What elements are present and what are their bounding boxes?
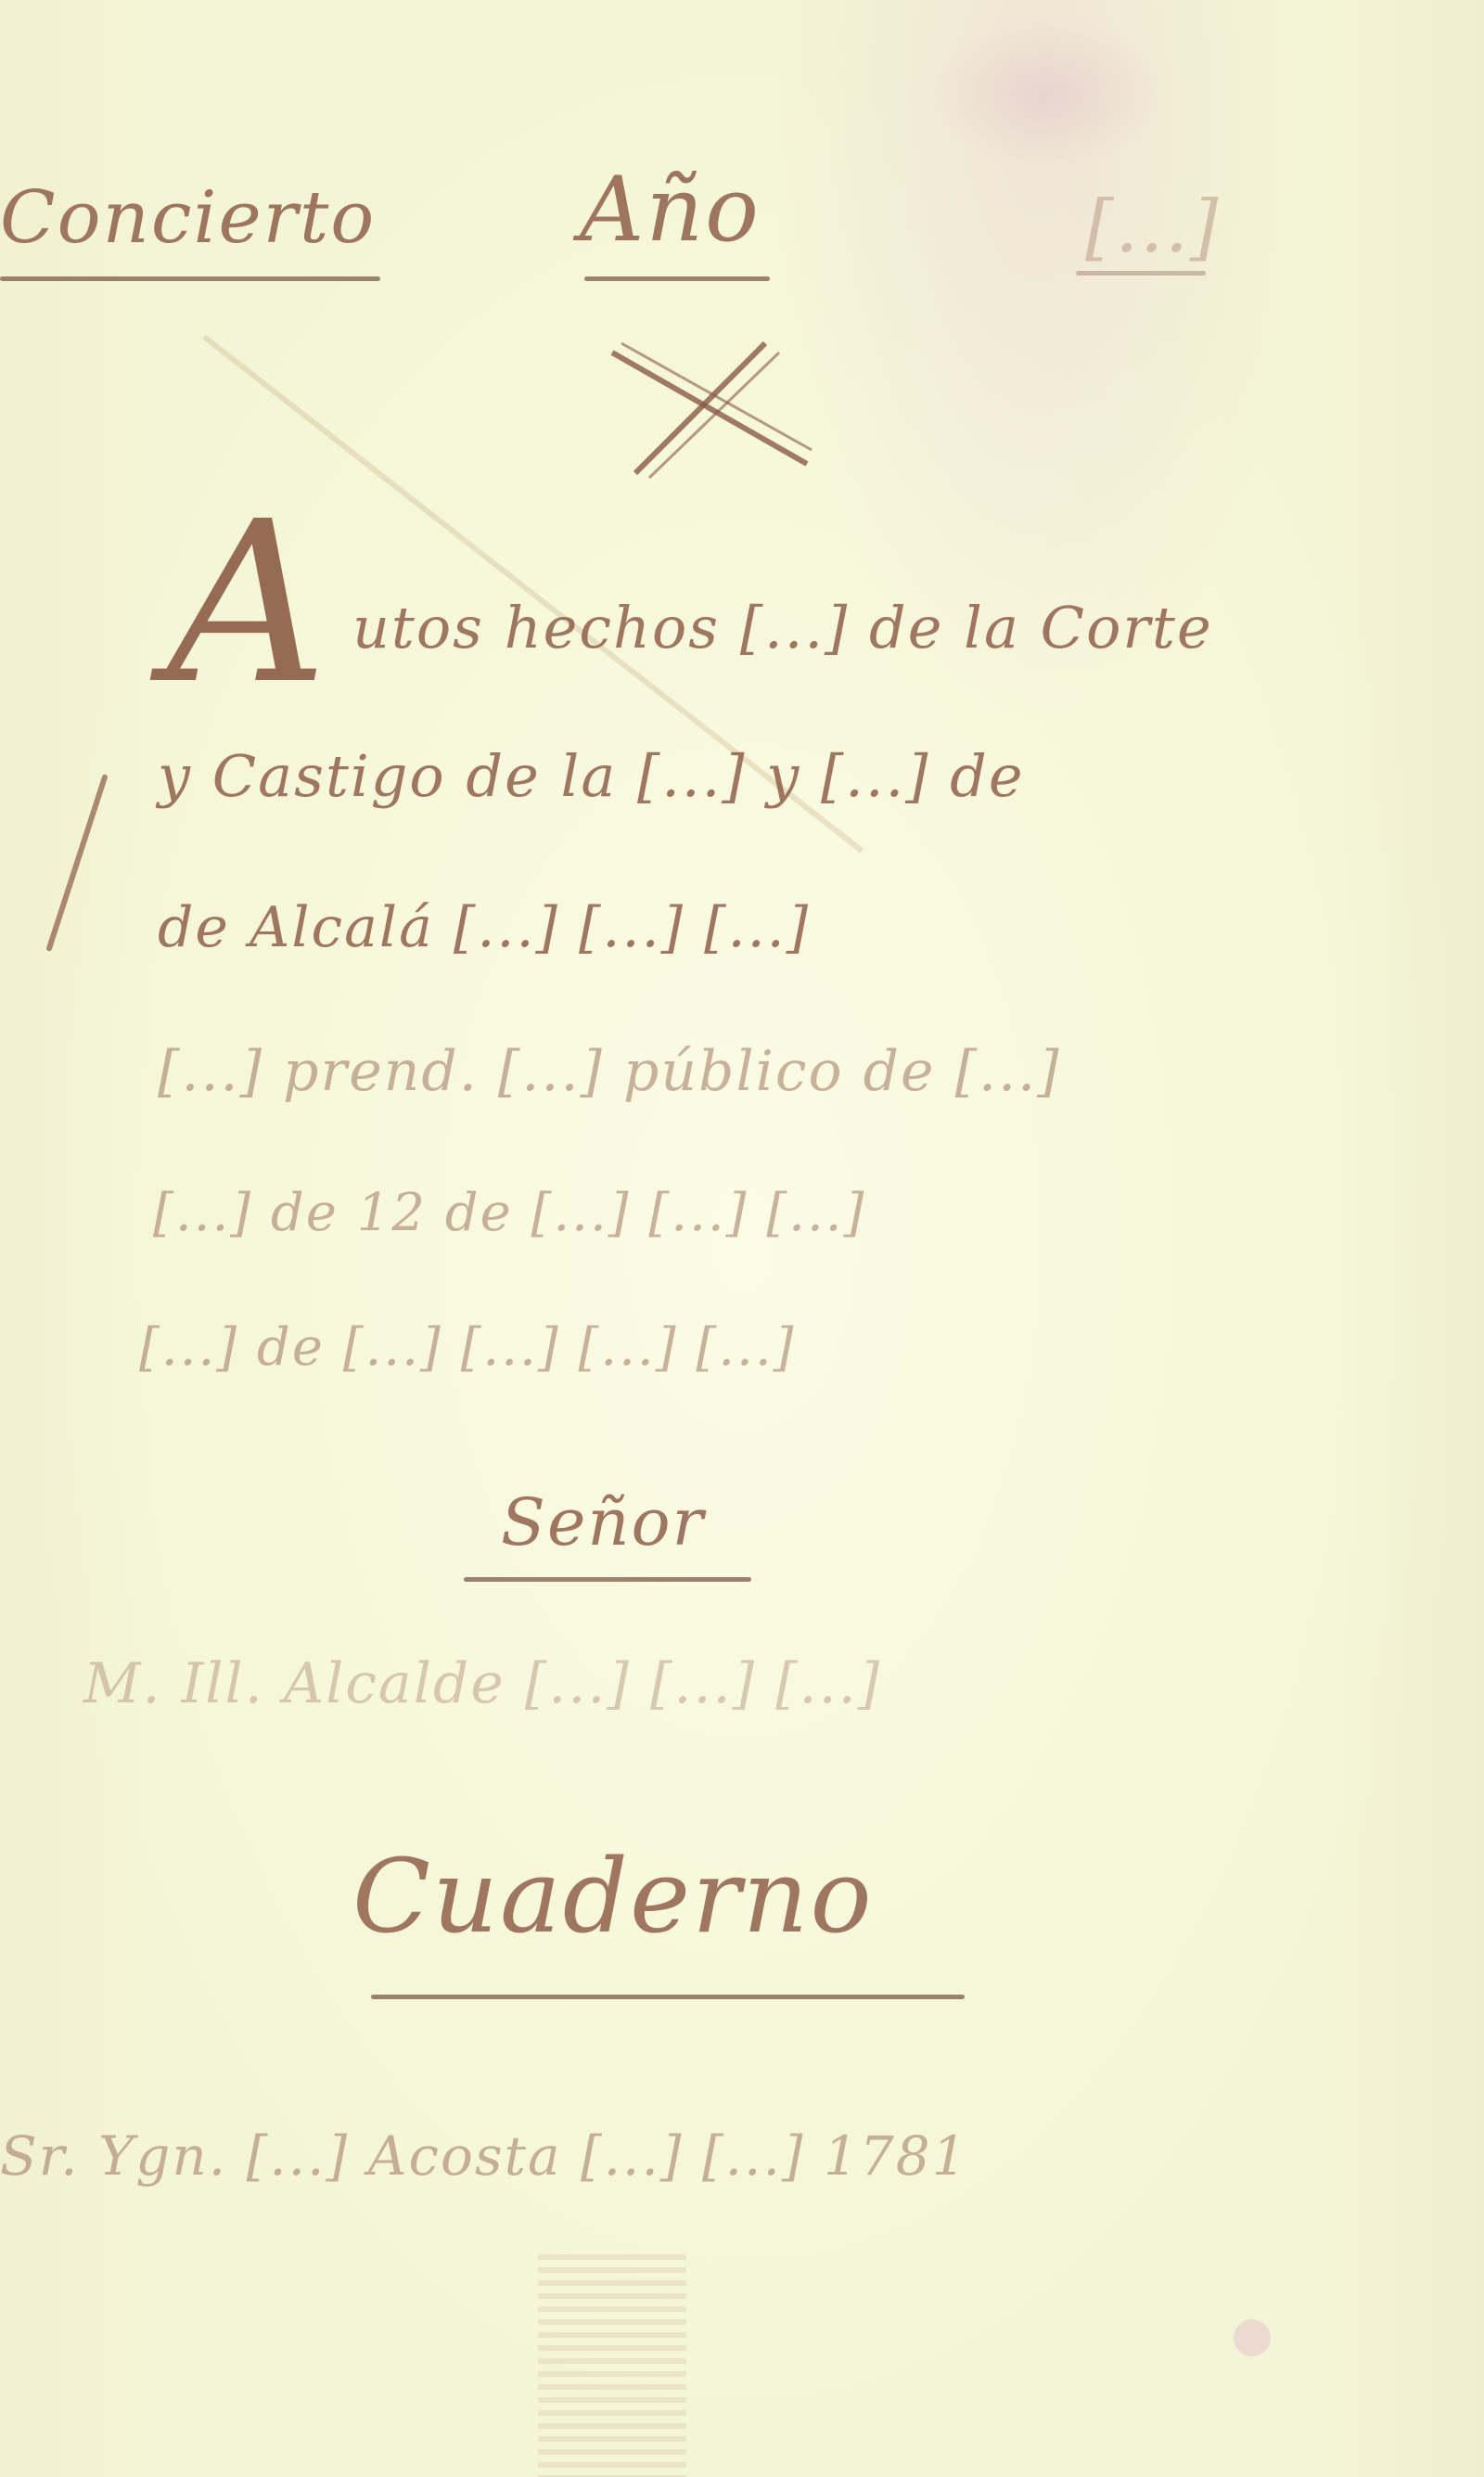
cross-mark-icon [603,334,816,482]
flourish-word: Cuaderno [352,1837,874,1956]
header-left-underline [0,276,380,281]
ink-stain [927,19,1169,167]
header-center-word: Año [580,158,761,262]
flourish-underline [371,1995,965,1999]
header-right-word: [...] [1085,186,1220,269]
margin-stroke [45,774,109,952]
header-left-word: Concierto [0,176,376,260]
paper-smudge [538,2254,686,2477]
body-line-1: utos hechos [...] de la Corte [352,594,1213,661]
body-line-4: [...] prend. [...] público de [...] [158,1039,1061,1104]
body-line-6: [...] de [...] [...] [...] [...] [139,1317,795,1378]
header-center-underline [584,276,770,281]
footer-line: Sr. Ygn. [...] Acosta [...] [...] 1781 [0,2124,968,2188]
body-line-2: y Castigo de la [...] y [...] de [158,742,1025,810]
body-line-5: [...] de 12 de [...] [...] [...] [153,1183,865,1243]
body-line-3: de Alcalá [...] [...] [...] [158,895,810,960]
header-right-underline [1076,271,1206,276]
body-initial: A [167,473,327,733]
salutation-underline [464,1577,751,1582]
salutation: Señor [501,1484,705,1560]
ink-spot [1234,2319,1271,2356]
addressee-line: M. Ill. Alcalde [...] [...] [...] [83,1651,881,1716]
manuscript-page: Concierto Año [...] A utos hechos [...] … [0,0,1484,2477]
